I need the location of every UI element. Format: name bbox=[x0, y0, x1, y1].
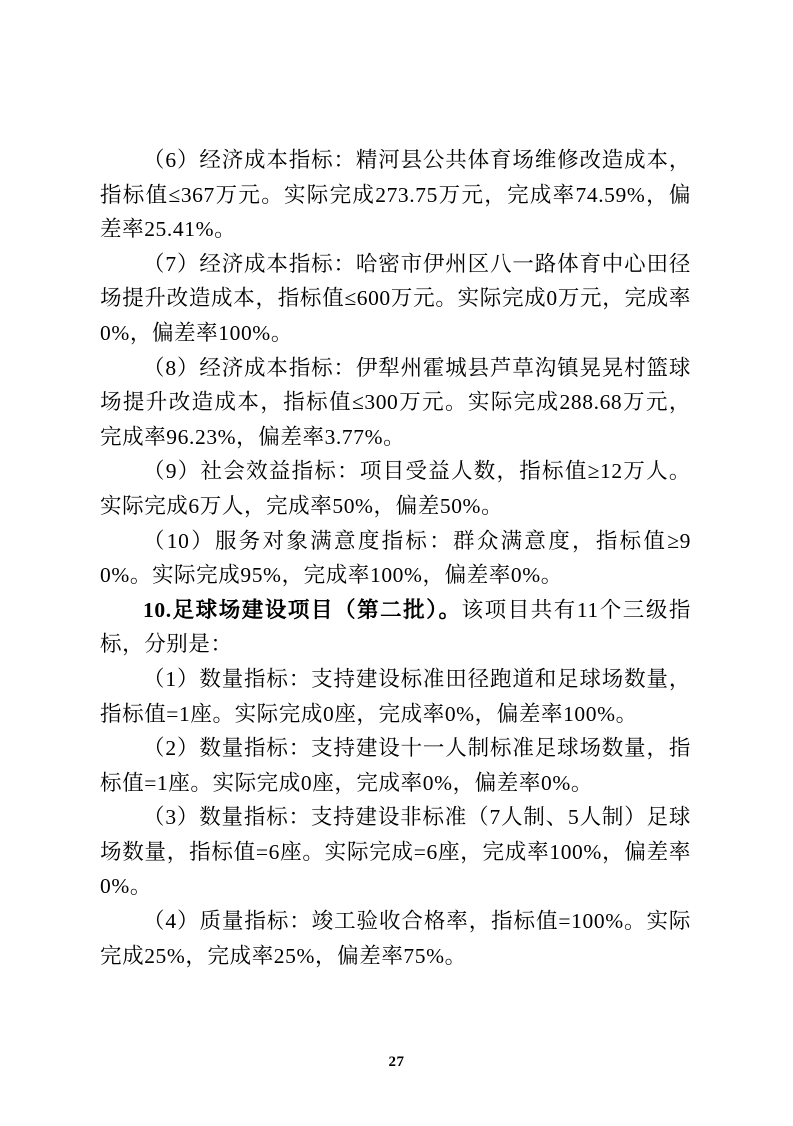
paragraph-text: （2）数量指标：支持建设十一人制标准足球场数量，指标值=1座。实际完成0座，完成… bbox=[100, 736, 691, 795]
paragraph: （6）经济成本指标：精河县公共体育场维修改造成本，指标值≤367万元。实际完成2… bbox=[100, 143, 691, 247]
page-number: 27 bbox=[0, 1054, 793, 1071]
document-page: （6）经济成本指标：精河县公共体育场维修改造成本，指标值≤367万元。实际完成2… bbox=[0, 0, 793, 1126]
paragraph: （10）服务对象满意度指标：群众满意度，指标值≥90%。实际完成95%，完成率1… bbox=[100, 524, 691, 593]
paragraph-text: （9）社会效益指标：项目受益人数，指标值≥12万人。实际完成6万人，完成率50%… bbox=[100, 459, 691, 518]
paragraph: （9）社会效益指标：项目受益人数，指标值≥12万人。实际完成6万人，完成率50%… bbox=[100, 454, 691, 523]
paragraph-text: （7）经济成本指标：哈密市伊州区八一路体育中心田径场提升改造成本，指标值≤600… bbox=[100, 252, 691, 345]
paragraph: 10.足球场建设项目（第二批）。该项目共有11个三级指标，分别是： bbox=[100, 593, 691, 662]
paragraph-text: （4）质量指标：竣工验收合格率，指标值=100%。实际完成25%，完成率25%，… bbox=[100, 909, 691, 968]
document-body: （6）经济成本指标：精河县公共体育场维修改造成本，指标值≤367万元。实际完成2… bbox=[100, 143, 691, 973]
paragraph: （7）经济成本指标：哈密市伊州区八一路体育中心田径场提升改造成本，指标值≤600… bbox=[100, 247, 691, 351]
paragraph: （8）经济成本指标：伊犁州霍城县芦草沟镇晃晃村篮球场提升改造成本，指标值≤300… bbox=[100, 351, 691, 455]
paragraph-text: （1）数量指标：支持建设标准田径跑道和足球场数量，指标值=1座。实际完成0座，完… bbox=[100, 667, 691, 726]
paragraph-text: （3）数量指标：支持建设非标准（7人制、5人制）足球场数量，指标值=6座。实际完… bbox=[100, 805, 691, 898]
paragraph: （2）数量指标：支持建设十一人制标准足球场数量，指标值=1座。实际完成0座，完成… bbox=[100, 731, 691, 800]
paragraph-text: （10）服务对象满意度指标：群众满意度，指标值≥90%。实际完成95%，完成率1… bbox=[100, 529, 691, 588]
paragraph: （4）质量指标：竣工验收合格率，指标值=100%。实际完成25%，完成率25%，… bbox=[100, 904, 691, 973]
paragraph-text: （6）经济成本指标：精河县公共体育场维修改造成本，指标值≤367万元。实际完成2… bbox=[100, 148, 691, 241]
paragraph-bold-lead: 10.足球场建设项目（第二批）。 bbox=[143, 598, 462, 622]
paragraph-text: （8）经济成本指标：伊犁州霍城县芦草沟镇晃晃村篮球场提升改造成本，指标值≤300… bbox=[100, 356, 691, 449]
paragraph: （1）数量指标：支持建设标准田径跑道和足球场数量，指标值=1座。实际完成0座，完… bbox=[100, 662, 691, 731]
paragraph: （3）数量指标：支持建设非标准（7人制、5人制）足球场数量，指标值=6座。实际完… bbox=[100, 800, 691, 904]
